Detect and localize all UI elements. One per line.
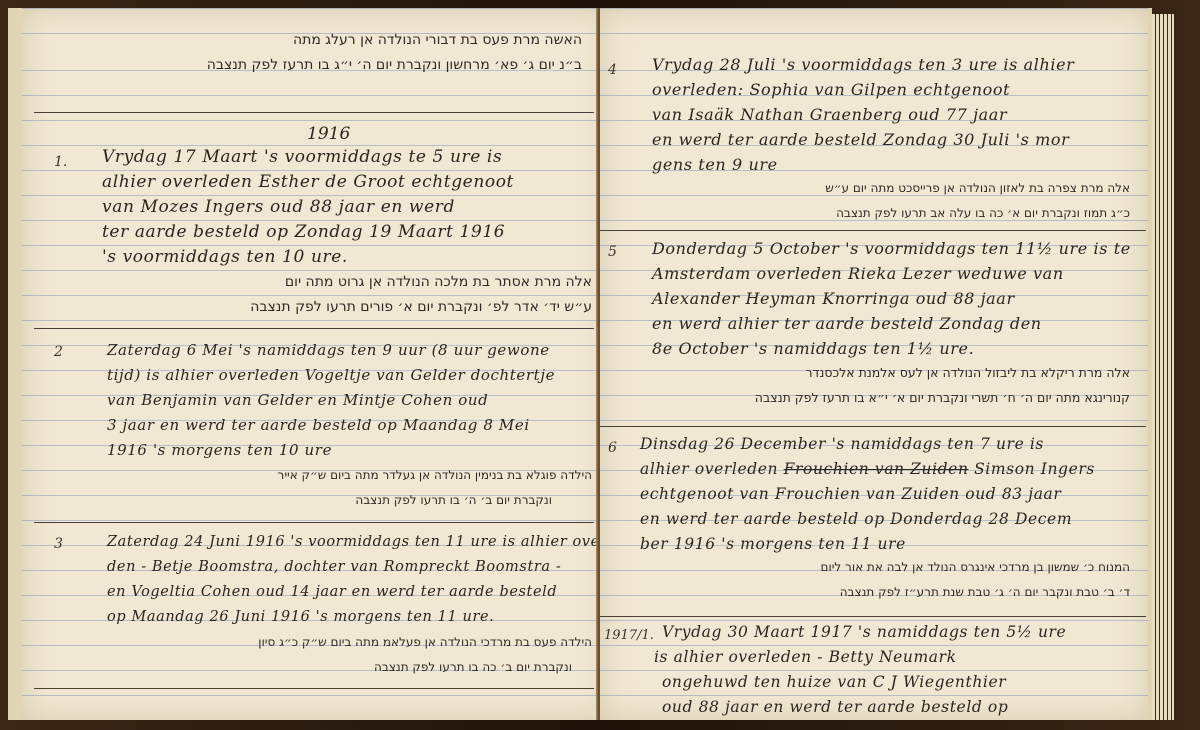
left-header-hebrew: האשה מרת פעס בת דבורי הנולדה אן רעלג מתה… — [192, 28, 582, 78]
dutch-line: ter aarde besteld op Zondag 19 Maart 191… — [102, 220, 514, 245]
dutch-line: en werd ter aarde besteld Zondag 30 Juli… — [652, 127, 1074, 152]
hebrew-line: אלה מרת ריקלא בת ליבזול הנולדה אן לעס אל… — [630, 360, 1130, 385]
entry-1917-1-dutch: Vrydag 30 Maart 1917 's namiddags ten 5½… — [662, 620, 1066, 720]
right-page: 4 Vrydag 28 Juli 's voormiddags ten 3 ur… — [600, 8, 1152, 720]
dutch-text: alhier overleden — [640, 460, 784, 478]
divider — [600, 426, 1146, 427]
dutch-text: Simson Ingers — [969, 460, 1095, 478]
divider — [600, 230, 1146, 231]
dutch-line: overleden: Sophia van Gilpen echtgenoot — [652, 77, 1074, 102]
dutch-line: en werd ter aarde besteld op Donderdag 2… — [640, 507, 1095, 532]
dutch-line: Vrydag 30 Maart 1917 's namiddags ten 5½… — [662, 620, 1066, 645]
struck-text: Frouchien van Zuiden — [784, 460, 969, 478]
dutch-line: Amsterdam overleden Rieka Lezer weduwe v… — [652, 261, 1131, 286]
dutch-line: en Vogeltia Cohen oud 14 jaar en werd te… — [107, 580, 627, 605]
entry-5-dutch: Donderdag 5 October 's voormiddags ten 1… — [652, 236, 1131, 361]
dutch-line: van Isaäk Nathan Graenberg oud 77 jaar — [652, 102, 1074, 127]
hebrew-line: ונקברת יום ב׳ ה׳ בו תרעו לפק תנצבה — [132, 488, 592, 513]
dutch-line: van Mozes Ingers oud 88 jaar en werd — [102, 195, 514, 220]
dutch-line: Zaterdag 24 Juni 1916 's voormiddags ten… — [107, 530, 627, 555]
dutch-line: Donderdag 5 October 's voormiddags ten 1… — [652, 236, 1131, 261]
entry-6-hebrew: המנוח כ׳ שמשון בן מרדכי אינגרס הנולד אן … — [630, 555, 1130, 605]
dutch-line: op Maandag 26 Juni 1916 's morgens ten 1… — [107, 605, 627, 630]
dutch-line: van Benjamin van Gelder en Mintje Cohen … — [107, 388, 555, 413]
divider — [34, 688, 594, 689]
hebrew-line: ע״ש יד׳ אדר לפ׳ ונקברת יום א׳ פורים תרעו… — [72, 295, 592, 320]
entry-number: 3 — [54, 536, 63, 552]
entry-number: 1917/1. — [604, 628, 654, 643]
dutch-line: ongehuwd ten huize van C J Wiegenthier — [662, 670, 1066, 695]
hebrew-line: אלה מרת צפרה בת לאזון הנולדה אן פרייסכט … — [640, 176, 1130, 201]
dutch-line: Alexander Heyman Knorringa oud 88 jaar — [652, 286, 1131, 311]
page-edges — [1152, 14, 1174, 720]
entry-1-dutch: Vrydag 17 Maart 's voormiddags te 5 ure … — [102, 145, 514, 270]
entry-number: 4 — [608, 62, 617, 78]
dutch-line: 8e October 's namiddags ten 1½ ure. — [652, 336, 1131, 361]
hebrew-line: כ״ג תמוז ונקברת יום א׳ כה בו עלה אב תרעו… — [640, 201, 1130, 226]
entry-number: 5 — [608, 244, 617, 260]
divider — [34, 522, 594, 523]
entry-number: 2 — [54, 344, 63, 360]
divider — [34, 112, 594, 113]
dutch-line: 's voormiddags ten 10 ure. — [102, 245, 514, 270]
dutch-line: 3 jaar en werd ter aarde besteld op Maan… — [107, 413, 555, 438]
dutch-line: ber 1916 's morgens ten 11 ure — [640, 532, 1095, 557]
dutch-line: oud 88 jaar en werd ter aarde besteld op — [662, 695, 1066, 720]
divider — [34, 328, 594, 329]
dutch-line: den - Betje Boomstra, dochter van Rompre… — [107, 555, 627, 580]
dutch-line: alhier overleden Frouchien van Zuiden Si… — [640, 457, 1095, 482]
entry-number: 1. — [54, 154, 67, 170]
entry-2-hebrew: הילדה פוגלא בת בנימין הנולדה אן געלדר מת… — [132, 463, 592, 513]
hebrew-line: ונקברת יום ב׳ כה בו תרעו לפק תנצבה — [132, 655, 592, 680]
hebrew-line: ב״נ יום ג׳ פא׳ מרחשון ונקברת יום ה׳ י״ג … — [192, 53, 582, 78]
hebrew-line: קנורינגא מתה יום ה׳ ח׳ תשרי ונקברת יום א… — [630, 385, 1130, 410]
dutch-line: Zaterdag 6 Mei 's namiddags ten 9 uur (8… — [107, 338, 555, 363]
entry-3-hebrew: הילדה פעס בת מרדכי הנולדה אן פעלאמ מתה ב… — [132, 630, 592, 680]
entry-2-dutch: Zaterdag 6 Mei 's namiddags ten 9 uur (8… — [107, 338, 555, 463]
dutch-line: en werd alhier ter aarde besteld Zondag … — [652, 311, 1131, 336]
hebrew-line: הילדה פעס בת מרדכי הנולדה אן פעלאמ מתה ב… — [132, 630, 592, 655]
left-page: האשה מרת פעס בת דבורי הנולדה אן רעלג מתה… — [8, 8, 612, 720]
dutch-line: gens ten 9 ure — [652, 152, 1074, 177]
hebrew-line: ד׳ ב׳ טבת ונקבר יום ה׳ ג׳ טבת שנת תרע״ז … — [630, 580, 1130, 605]
entry-5-hebrew: אלה מרת ריקלא בת ליבזול הנולדה אן לעס אל… — [630, 360, 1130, 410]
entry-4-dutch: Vrydag 28 Juli 's voormiddags ten 3 ure … — [652, 52, 1074, 177]
dutch-line: Vrydag 17 Maart 's voormiddags te 5 ure … — [102, 145, 514, 170]
hebrew-line: אלה מרת אסתר בת מלכה הנולדה אן גרוט מתה … — [72, 270, 592, 295]
entry-4-hebrew: אלה מרת צפרה בת לאזון הנולדה אן פרייסכט … — [640, 176, 1130, 226]
year-heading: 1916 — [307, 124, 350, 144]
hebrew-line: המנוח כ׳ שמשון בן מרדכי אינגרס הנולד אן … — [630, 555, 1130, 580]
dutch-line: echtgenoot van Frouchien van Zuiden oud … — [640, 482, 1095, 507]
notebook-spread: האשה מרת פעס בת דבורי הנולדה אן רעלג מתה… — [0, 0, 1200, 730]
dutch-line: Vrydag 28 Juli 's voormiddags ten 3 ure … — [652, 52, 1074, 77]
dutch-line: Dinsdag 26 December 's namiddags ten 7 u… — [640, 432, 1095, 457]
entry-number: 6 — [608, 440, 617, 456]
entry-1-hebrew: אלה מרת אסתר בת מלכה הנולדה אן גרוט מתה … — [72, 270, 592, 320]
hebrew-line: האשה מרת פעס בת דבורי הנולדה אן רעלג מתה — [192, 28, 582, 53]
entry-3-dutch: Zaterdag 24 Juni 1916 's voormiddags ten… — [107, 530, 627, 630]
dutch-line: tijd) is alhier overleden Vogeltje van G… — [107, 363, 555, 388]
hebrew-line: הילדה פוגלא בת בנימין הנולדה אן געלדר מת… — [132, 463, 592, 488]
dutch-line: is alhier overleden - Betty Neumark — [654, 645, 1066, 670]
entry-6-dutch: Dinsdag 26 December 's namiddags ten 7 u… — [640, 432, 1095, 557]
dutch-line: alhier overleden Esther de Groot echtgen… — [102, 170, 514, 195]
dutch-line: 1916 's morgens ten 10 ure — [107, 438, 555, 463]
divider — [600, 616, 1146, 617]
